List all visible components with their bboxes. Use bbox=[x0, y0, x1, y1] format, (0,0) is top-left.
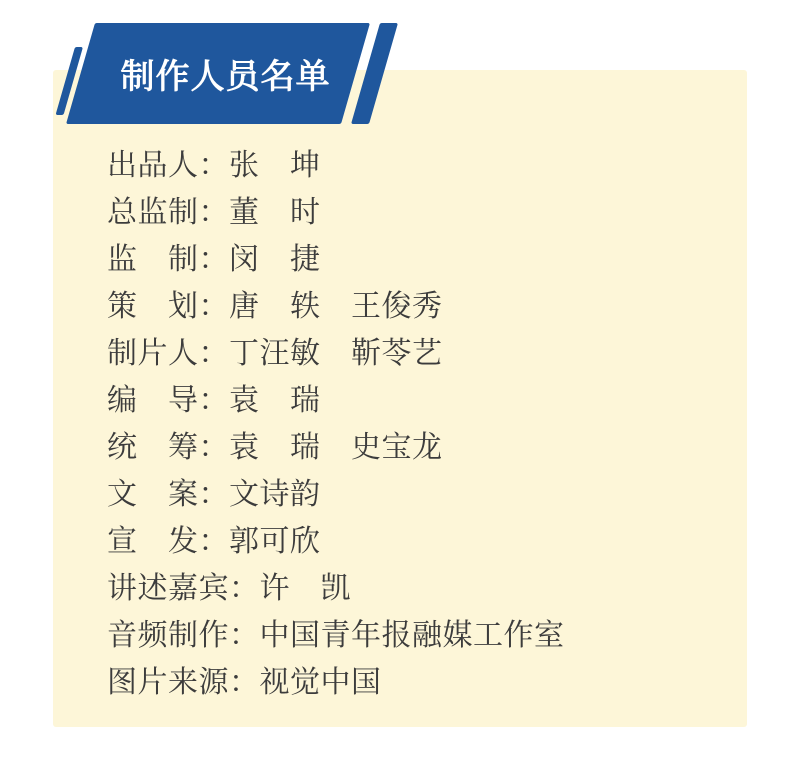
credit-line-image-source: 图片来源：视觉中国 bbox=[107, 659, 727, 706]
credit-line-audio-production: 音频制作：中国青年报融媒工作室 bbox=[107, 612, 727, 659]
page-title: 制作人员名单 bbox=[95, 23, 370, 124]
credit-line-coordinator: 统 筹：袁 瑞 史宝龙 bbox=[107, 424, 727, 471]
credit-line-production-manager: 制片人：丁汪敏 靳苓艺 bbox=[107, 330, 727, 377]
credits-graphic: 制作人员名单 出品人：张 坤 总监制：董 时 监 制：闵 捷 策 划：唐 轶 王… bbox=[0, 0, 800, 757]
credit-line-supervisor: 监 制：闵 捷 bbox=[107, 236, 727, 283]
credit-line-chief-supervisor: 总监制：董 时 bbox=[107, 189, 727, 236]
credit-line-promotion: 宣 发：郭可欣 bbox=[107, 518, 727, 565]
credit-line-producer: 出品人：张 坤 bbox=[107, 142, 727, 189]
credit-line-director: 编 导：袁 瑞 bbox=[107, 377, 727, 424]
credits-list: 出品人：张 坤 总监制：董 时 监 制：闵 捷 策 划：唐 轶 王俊秀 制片人：… bbox=[107, 142, 727, 706]
credit-line-copywriter: 文 案：文诗韵 bbox=[107, 471, 727, 518]
credit-line-planning: 策 划：唐 轶 王俊秀 bbox=[107, 283, 727, 330]
credit-line-narrator-guest: 讲述嘉宾：许 凯 bbox=[107, 565, 727, 612]
